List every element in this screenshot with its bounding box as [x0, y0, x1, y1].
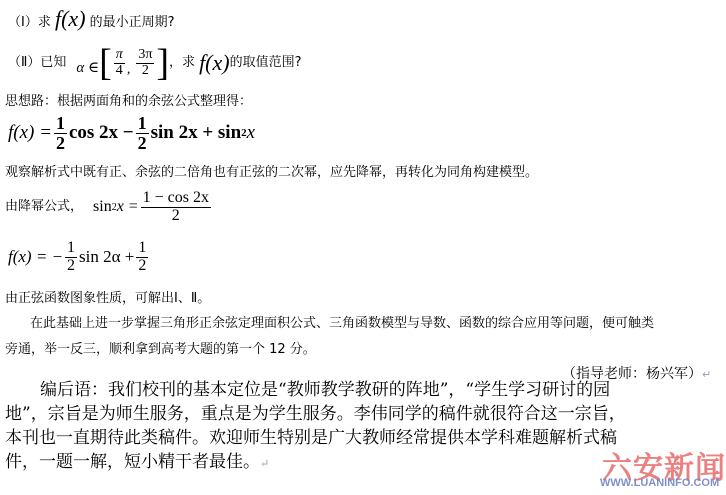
alpha-in: α ∈ — [76, 60, 99, 76]
return-mark-icon: ↵ — [260, 457, 269, 470]
conclusion-line: 由正弦函数图象性质，可解出Ⅰ、Ⅱ。 — [5, 291, 210, 307]
watermark-url: WWW.LUANINFO.COM — [600, 477, 719, 489]
editor-note-line-3: 本刊也一直期待此类稿件。欢迎师生特别是广大教师经常提供本学科难题解析式稿 — [5, 426, 617, 450]
observe-line: 观察解析式中既有正、余弦的二倍角也有正弦的二次幂，应先降幂，再转化为同角构建模型… — [5, 165, 538, 181]
question-1-text: 的最小正周期? — [90, 15, 175, 30]
fraction-3pi-2: 3π 2 — [136, 48, 154, 78]
formula-1: f(x) = 1 2 cos 2x − 1 2 sin 2x + sin 2 x — [8, 114, 255, 153]
return-mark-icon: ↵ — [702, 368, 711, 381]
right-bracket: ] — [156, 44, 169, 82]
editor-note-line-4: 件，一题一解，短小精干者最佳。↵ — [5, 450, 269, 476]
editor-note-line-2: 地”，宗旨是为师生服务，重点是为学生服务。李伟同学的稿件就很符合这一宗旨， — [5, 402, 626, 426]
reduce-formula: 由降幂公式， sin 2 x = 1 − cos 2x 2 — [5, 190, 213, 225]
idea-line: 思想路：根据两面角和的余弦公式整理得： — [5, 94, 252, 110]
question-2-mid: ，求 — [169, 55, 195, 71]
editor-note-line-1: 编后语：我们校刊的基本定位是“教师教学教研的阵地”，“学生学习研讨的园 — [40, 378, 610, 402]
question-1: （Ⅰ）求 f(x) 的最小正周期? — [8, 6, 175, 36]
formula-2: f(x) = − 1 2 sin 2α + 1 2 — [8, 240, 150, 275]
question-2: （Ⅱ）已知 α ∈ [ π 4 , 3π 2 ] ，求 f(x) 的取值范围? — [8, 44, 302, 82]
function-fx: f(x) — [55, 6, 86, 31]
function-fx: f(x) — [199, 55, 230, 71]
paragraph-line-2: 旁通，举一反三，顺利拿到高考大题的第一个 12 分。 — [5, 342, 316, 358]
question-2-label: （Ⅱ）已知 — [8, 55, 66, 71]
question-2-text: 的取值范围? — [230, 55, 302, 71]
fraction-pi-4: π 4 — [114, 48, 125, 78]
question-1-label: （Ⅰ）求 — [8, 15, 51, 30]
left-bracket: [ — [99, 44, 112, 82]
paragraph-line-1: 在此基础上进一步掌握三角形正余弦定理面积公式、三角函数模型与导数、函数的综合应用… — [30, 316, 654, 332]
